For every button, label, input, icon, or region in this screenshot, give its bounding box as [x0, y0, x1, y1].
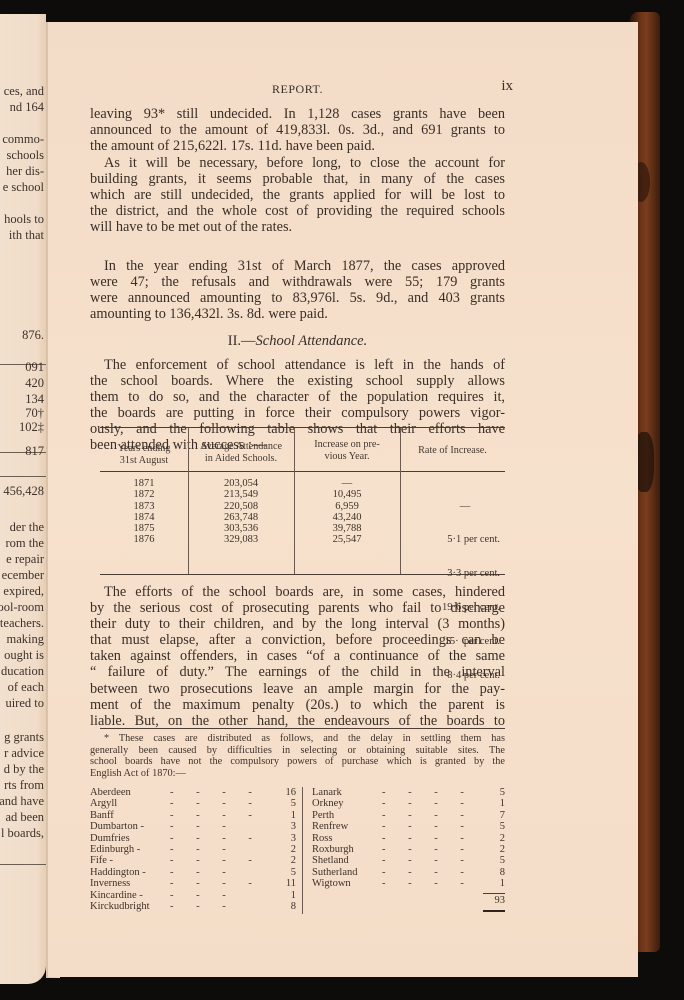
leader-dashes: - - - -	[382, 810, 464, 821]
cell-attendance: 220,508	[188, 501, 294, 512]
header-increase: Increase on pre- vious Year.	[294, 439, 400, 462]
case-count: 8	[291, 901, 296, 912]
left-page-text-fragment: 70†	[25, 406, 44, 421]
county-name: Wigtown	[312, 878, 351, 889]
text-line: were 47; the refusals and withdrawals we…	[90, 274, 505, 290]
distribution-row: Haddington -- - -5	[90, 867, 296, 878]
text-line: ment of the maximum penalty (20s.) to wh…	[90, 697, 505, 713]
left-page-text-fragment: e school	[3, 180, 44, 195]
paragraph-year-1877: In the year ending 31st of March 1877, t…	[90, 258, 505, 322]
text-line: As it will be necessary, before long, to…	[90, 155, 505, 171]
text-line: by the serious cost of prosecuting paren…	[90, 600, 505, 616]
distribution-row: Lanark- - - -5	[312, 787, 505, 798]
section-heading: II.—School Attendance.	[90, 333, 505, 350]
county-name: Fife -	[90, 855, 113, 866]
text-line: the boards are putting in force their co…	[90, 405, 505, 421]
left-page-text-fragment: 134	[25, 392, 44, 407]
footnote-separator	[100, 728, 505, 729]
distribution-row: Aberdeen- - - -16	[90, 787, 296, 798]
case-count: 1	[500, 798, 505, 809]
header-line: in Aided Schools.	[188, 453, 294, 465]
leader-dashes: - - - -	[382, 844, 464, 855]
footnote-line: * These cases are distributed as follows…	[90, 733, 505, 745]
county-name: Sutherland	[312, 867, 358, 878]
text-line: ously, and the following table shows tha…	[90, 421, 505, 437]
leader-dashes: - - -	[170, 821, 226, 832]
left-page-text-fragment: g grants	[4, 730, 44, 745]
total-double-rule	[483, 910, 505, 912]
county-name: Argyll	[90, 798, 117, 809]
county-name: Roxburgh	[312, 844, 354, 855]
left-page-text-fragment: making	[7, 632, 45, 647]
paragraph-efforts-hindered: The efforts of the school boards are, in…	[90, 584, 505, 729]
text-line: them to do so, and the character of the …	[90, 389, 505, 405]
text-line: The efforts of the school boards are, in…	[90, 584, 505, 600]
case-count: 16	[286, 787, 297, 798]
cell-rate: —	[400, 501, 500, 512]
distribution-row: Orkney- - - -1	[312, 798, 505, 809]
distribution-row: Roxburgh- - - -2	[312, 844, 505, 855]
cell-increase: —	[294, 478, 400, 489]
cell-year: 1875	[100, 523, 188, 534]
case-count: 5	[500, 855, 505, 866]
cell-increase: 39,788	[294, 523, 400, 534]
left-page-text-fragment: ducation	[1, 664, 44, 679]
left-page-text-fragment: ought is	[4, 648, 44, 663]
cell-year: 1874	[100, 512, 188, 523]
county-name: Kincardine -	[90, 890, 143, 901]
left-page-text-fragment: 817	[25, 444, 44, 459]
cell-year: 1873	[100, 501, 188, 512]
cell-increase: 10,495	[294, 489, 400, 500]
left-page-text-fragment: rom the	[5, 536, 44, 551]
county-name: Kirckudbright	[90, 901, 150, 912]
text-line: the amount of 215,622l. 17s. 11d. have b…	[90, 138, 505, 154]
distribution-row: Dumfries- - - -3	[90, 833, 296, 844]
left-page-text-fragment: 420	[25, 376, 44, 391]
footnote: * These cases are distributed as follows…	[90, 733, 505, 779]
distribution-row: Banff- - - -1	[90, 810, 296, 821]
running-head: REPORT.	[90, 82, 505, 97]
distribution-row: Inverness- - - -11	[90, 878, 296, 889]
table-top-rule	[100, 427, 505, 428]
left-page-text-fragment: e repair	[6, 552, 44, 567]
left-page-text-fragment: ecember	[2, 568, 44, 583]
footnote-line: school boards have not the compulsory po…	[90, 756, 505, 768]
case-count: 5	[291, 798, 296, 809]
column-increase: — 10,495 6,959 43,240 39,788 25,547	[294, 478, 400, 546]
county-name: Ross	[312, 833, 332, 844]
county-name: Inverness	[90, 878, 130, 889]
leader-dashes: - - - -	[382, 867, 464, 878]
header-average-attendance: Average Attendance in Aided Schools.	[188, 441, 294, 464]
case-count: 1	[291, 810, 296, 821]
left-page-text-fragment: ad been	[5, 810, 44, 825]
text-line: which are still undecided, the grants ap…	[90, 187, 505, 203]
left-page-text-fragment: l boards,	[1, 826, 44, 841]
distribution-row: Wigtown- - - -1	[312, 878, 505, 889]
left-page-text-fragment: her dis-	[6, 164, 44, 179]
left-page-text-fragment: schools	[7, 148, 45, 163]
header-years-ending: Years ending 31st August	[100, 443, 188, 466]
cell-attendance: 213,549	[188, 489, 294, 500]
cell-attendance: 263,748	[188, 512, 294, 523]
left-page-text-fragment: der the	[10, 520, 44, 535]
header-line: Rate of Increase.	[400, 445, 505, 457]
leader-dashes: - - - -	[170, 810, 252, 821]
header-rate-of-increase: Rate of Increase.	[400, 445, 505, 457]
distribution-row: Dumbarton -- - -3	[90, 821, 296, 832]
county-name: Haddington -	[90, 867, 146, 878]
leader-dashes: - - - -	[382, 878, 464, 889]
case-count: 8	[500, 867, 505, 878]
header-line: Average Attendance	[188, 441, 294, 453]
cell-year: 1876	[100, 534, 188, 545]
case-count: 1	[291, 890, 296, 901]
total-rule	[483, 893, 505, 894]
left-page-text-fragment: ces, and	[4, 84, 44, 99]
case-count: 5	[291, 867, 296, 878]
distribution-list-right: Lanark- - - -5Orkney- - - -1Perth- - - -…	[312, 787, 505, 890]
text-line: the school boards. Where the existing sc…	[90, 373, 505, 389]
county-name: Orkney	[312, 798, 344, 809]
leader-dashes: - - - -	[382, 787, 464, 798]
left-page-text-fragment: rts from	[4, 778, 44, 793]
leader-dashes: - - - -	[170, 787, 252, 798]
paragraph-grants-announced: leaving 93* still undecided. In 1,128 ca…	[90, 106, 505, 154]
paragraph-building-grants: As it will be necessary, before long, to…	[90, 155, 505, 235]
left-page-text-fragment: uired to	[5, 696, 44, 711]
case-count: 1	[500, 878, 505, 889]
distribution-total: 93	[483, 895, 505, 906]
text-line: taken against offenders, in cases “of a …	[90, 648, 505, 664]
footnote-line: English Act of 1870:—	[90, 768, 505, 780]
county-name: Perth	[312, 810, 334, 821]
leader-dashes: - - - -	[170, 878, 252, 889]
case-count: 2	[500, 833, 505, 844]
county-name: Banff	[90, 810, 114, 821]
case-count: 7	[500, 810, 505, 821]
text-line: liable. But, on the other hand, the ende…	[90, 713, 505, 729]
case-count: 5	[500, 821, 505, 832]
cell-rate: 3·3 per cent.	[400, 568, 500, 579]
left-page-text-fragment: of each	[8, 680, 44, 695]
county-name: Edinburgh -	[90, 844, 140, 855]
county-name: Lanark	[312, 787, 342, 798]
leader-dashes: - - - -	[382, 798, 464, 809]
left-page-rule	[0, 864, 46, 865]
distribution-row: Edinburgh -- - -2	[90, 844, 296, 855]
leader-dashes: - - -	[170, 867, 226, 878]
left-page-text-fragment: ith that	[9, 228, 44, 243]
text-line: In the year ending 31st of March 1877, t…	[90, 258, 505, 274]
text-line: amounting to 136,432l. 3s. 8d. were paid…	[90, 306, 505, 322]
distribution-row: Shetland- - - -5	[312, 855, 505, 866]
header-line: Years ending	[100, 443, 188, 455]
book-page: REPORT. ix leaving 93* still undecided. …	[48, 22, 638, 977]
section-title: School Attendance.	[256, 333, 368, 349]
left-page-text-fragment: d by the	[4, 762, 44, 777]
header-line: 31st August	[100, 455, 188, 467]
column-attendance: 203,054 213,549 220,508 263,748 303,536 …	[188, 478, 294, 546]
text-line: that must elapse, after a conviction, be…	[90, 632, 505, 648]
text-line: announced to the amount of 419,833l. 0s.…	[90, 122, 505, 138]
leader-dashes: - - -	[170, 890, 226, 901]
cell-attendance: 329,083	[188, 534, 294, 545]
text-line: “ failure of duty.” The earnings of the …	[90, 664, 505, 680]
text-line: building grants, it seems probable that,…	[90, 171, 505, 187]
leader-dashes: - - - -	[382, 821, 464, 832]
left-page-text-fragment: ool-room	[0, 600, 44, 615]
cell-attendance: 203,054	[188, 478, 294, 489]
distribution-row: Renfrew- - - -5	[312, 821, 505, 832]
left-page-fragment: ces, andnd 164commo-schoolsher dis-e sch…	[0, 14, 46, 984]
left-page-text-fragment: and have	[0, 794, 44, 809]
cell-year: 1871	[100, 478, 188, 489]
text-line: the district, and the whole cost of prov…	[90, 203, 505, 219]
text-line: The enforcement of school attendance is …	[90, 357, 505, 373]
header-line: vious Year.	[294, 451, 400, 463]
case-count: 2	[291, 844, 296, 855]
case-count: 11	[286, 878, 296, 889]
county-name: Renfrew	[312, 821, 348, 832]
case-count: 2	[500, 844, 505, 855]
distribution-row: Kirckudbright- - -8	[90, 901, 296, 912]
column-years: 1871 1872 1873 1874 1875 1876	[100, 478, 188, 546]
text-line: leaving 93* still undecided. In 1,128 ca…	[90, 106, 505, 122]
leader-dashes: - - - -	[170, 798, 252, 809]
left-page-text-fragment: nd 164	[10, 100, 44, 115]
left-page-text-fragment: 456,428	[3, 484, 44, 499]
cell-increase: 25,547	[294, 534, 400, 545]
cell-increase: 6,959	[294, 501, 400, 512]
distribution-row: Kincardine -- - -1	[90, 890, 296, 901]
left-page-rule	[0, 476, 46, 477]
distribution-row: Perth- - - -7	[312, 810, 505, 821]
cell-increase: 43,240	[294, 512, 400, 523]
left-page-text-fragment: hools to	[4, 212, 44, 227]
leader-dashes: - - - -	[382, 833, 464, 844]
cell-attendance: 303,536	[188, 523, 294, 534]
cell-year: 1872	[100, 489, 188, 500]
text-line: were announced amounting to 83,976l. 5s.…	[90, 290, 505, 306]
county-name: Dumfries	[90, 833, 130, 844]
text-line: between two prosecutions leave an ample …	[90, 681, 505, 697]
left-page-text-fragment: teachers.	[0, 616, 44, 631]
case-count: 2	[291, 855, 296, 866]
county-name: Aberdeen	[90, 787, 131, 798]
leader-dashes: - - - -	[170, 833, 252, 844]
distribution-list-left: Aberdeen- - - -16Argyll- - - -5Banff- - …	[90, 787, 296, 912]
cell-rate: 5·1 per cent.	[400, 534, 500, 545]
leader-dashes: - - -	[170, 901, 226, 912]
case-count: 3	[291, 821, 296, 832]
distribution-row: Fife -- - - -2	[90, 855, 296, 866]
leader-dashes: - - - -	[170, 855, 252, 866]
leader-dashes: - - -	[170, 844, 226, 855]
case-count: 3	[291, 833, 296, 844]
left-page-text-fragment: expired,	[3, 584, 44, 599]
distribution-divider	[302, 787, 303, 914]
table-header-rule	[100, 471, 505, 472]
distribution-row: Argyll- - - -5	[90, 798, 296, 809]
left-page-text-fragment: 876.	[22, 328, 44, 343]
leader-dashes: - - - -	[382, 855, 464, 866]
distribution-row: Sutherland- - - -8	[312, 867, 505, 878]
header-line: Increase on pre-	[294, 439, 400, 451]
county-name: Dumbarton -	[90, 821, 144, 832]
page-number: ix	[501, 78, 513, 95]
text-line: will have to be met out of the rates.	[90, 219, 505, 235]
text-line: their duty to their children, and by the…	[90, 616, 505, 632]
left-page-text-fragment: r advice	[4, 746, 44, 761]
distribution-row: Ross- - - -2	[312, 833, 505, 844]
case-count: 5	[500, 787, 505, 798]
section-number: II.—	[228, 333, 256, 349]
left-page-text-fragment: 102‡	[19, 420, 44, 435]
footnote-line: generally been caused by difficulties in…	[90, 745, 505, 757]
left-page-text-fragment: commo-	[2, 132, 44, 147]
county-name: Shetland	[312, 855, 349, 866]
left-page-text-fragment: 091	[25, 360, 44, 375]
